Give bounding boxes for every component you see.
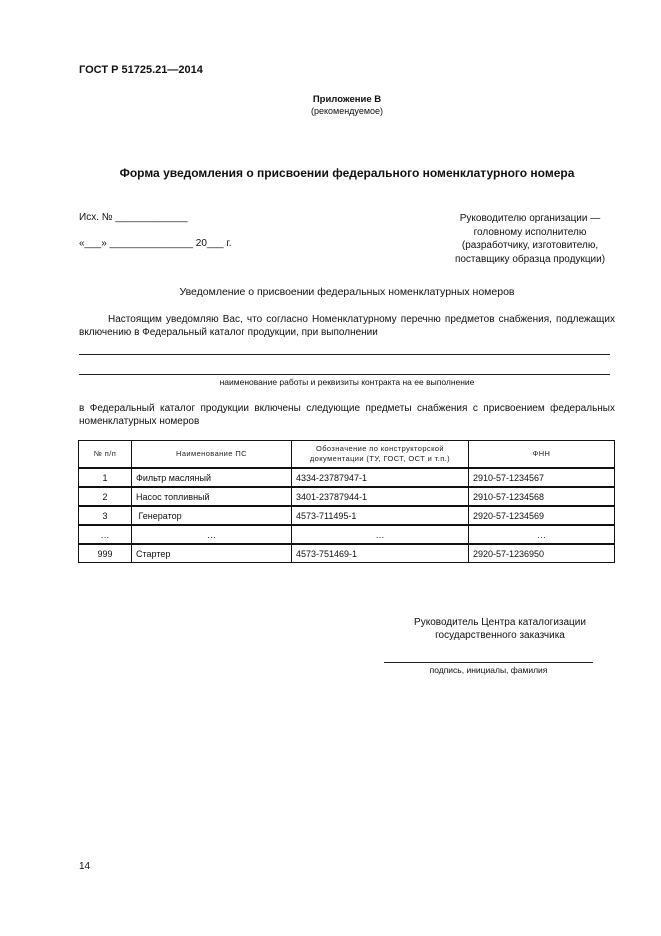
- fill-in-line: [79, 374, 610, 375]
- table-row-ellipsis: … … … …: [79, 525, 615, 544]
- cell-fnn: 2910-57-1234568: [469, 487, 615, 506]
- cell-item-name: …: [132, 525, 292, 544]
- header-design-doc: Обозначение по конструкторской документа…: [292, 441, 469, 469]
- cell-fnn: …: [469, 525, 615, 544]
- table-header-row: № п/п Наименование ПС Обозначение по кон…: [79, 441, 615, 469]
- cell-item-name: Фильтр масляный: [132, 468, 292, 487]
- table-row: 1 Фильтр масляный 4334-23787947-1 2910-5…: [79, 468, 615, 487]
- signature-line: [384, 662, 593, 663]
- addressee-line: головному исполнителю: [430, 226, 630, 240]
- header-item-name: Наименование ПС: [132, 441, 292, 469]
- addressee-line: поставщику образца продукции): [430, 253, 630, 267]
- addressee-block: Руководителю организации — головному исп…: [430, 212, 630, 266]
- header-number: № п/п: [79, 441, 132, 469]
- fill-in-caption: наименование работы и реквизиты контракт…: [79, 377, 615, 387]
- cell-design-doc: …: [292, 525, 469, 544]
- cell-number: …: [79, 525, 132, 544]
- notice-title: Уведомление о присвоении федеральных ном…: [0, 286, 661, 298]
- page-number: 14: [79, 861, 90, 872]
- table-row: 2 Насос топливный 3401-23787944-1 2910-5…: [79, 487, 615, 506]
- cell-item-name: Генератор: [132, 506, 292, 525]
- cell-design-doc: 4573-751469-1: [292, 544, 469, 563]
- date-field: «___» _______________ 20___ г.: [79, 238, 232, 249]
- appendix-title: Приложение В: [0, 94, 661, 105]
- addressee-line: (разработчику, изготовителю,: [430, 239, 630, 253]
- cell-fnn: 2920-57-1236950: [469, 544, 615, 563]
- supply-items-table: № п/п Наименование ПС Обозначение по кон…: [78, 440, 615, 563]
- signer-block: Руководитель Центра каталогизации госуда…: [370, 616, 630, 642]
- header-fnn: ФНН: [469, 441, 615, 469]
- table-row: 3 Генератор 4573-711495-1 2920-57-123456…: [79, 506, 615, 525]
- cell-item-name: Стартер: [132, 544, 292, 563]
- inclusion-paragraph: в Федеральный каталог продукции включены…: [79, 402, 615, 428]
- cell-number: 1: [79, 468, 132, 487]
- cell-fnn: 2920-57-1234569: [469, 506, 615, 525]
- table-row: 999 Стартер 4573-751469-1 2920-57-123695…: [79, 544, 615, 563]
- cell-fnn: 2910-57-1234567: [469, 468, 615, 487]
- fill-in-line: [79, 354, 610, 355]
- cell-number: 2: [79, 487, 132, 506]
- cell-number: 999: [79, 544, 132, 563]
- intro-paragraph: Настоящим уведомляю Вас, что согласно Но…: [79, 313, 615, 339]
- cell-design-doc: 4334-23787947-1: [292, 468, 469, 487]
- signature-caption: подпись, инициалы, фамилия: [384, 665, 593, 675]
- cell-design-doc: 4573-711495-1: [292, 506, 469, 525]
- cell-item-name: Насос топливный: [132, 487, 292, 506]
- cell-design-doc: 3401-23787944-1: [292, 487, 469, 506]
- signer-line: государственного заказчика: [370, 629, 630, 642]
- appendix-status: (рекомендуемое): [0, 106, 661, 116]
- addressee-line: Руководителю организации —: [430, 212, 630, 226]
- outgoing-reference-field: Исх. № _____________: [79, 212, 188, 223]
- cell-number: 3: [79, 506, 132, 525]
- form-title: Форма уведомления о присвоении федеральн…: [0, 166, 661, 180]
- signer-line: Руководитель Центра каталогизации: [370, 616, 630, 629]
- standard-designation: ГОСТ Р 51725.21—2014: [79, 64, 203, 76]
